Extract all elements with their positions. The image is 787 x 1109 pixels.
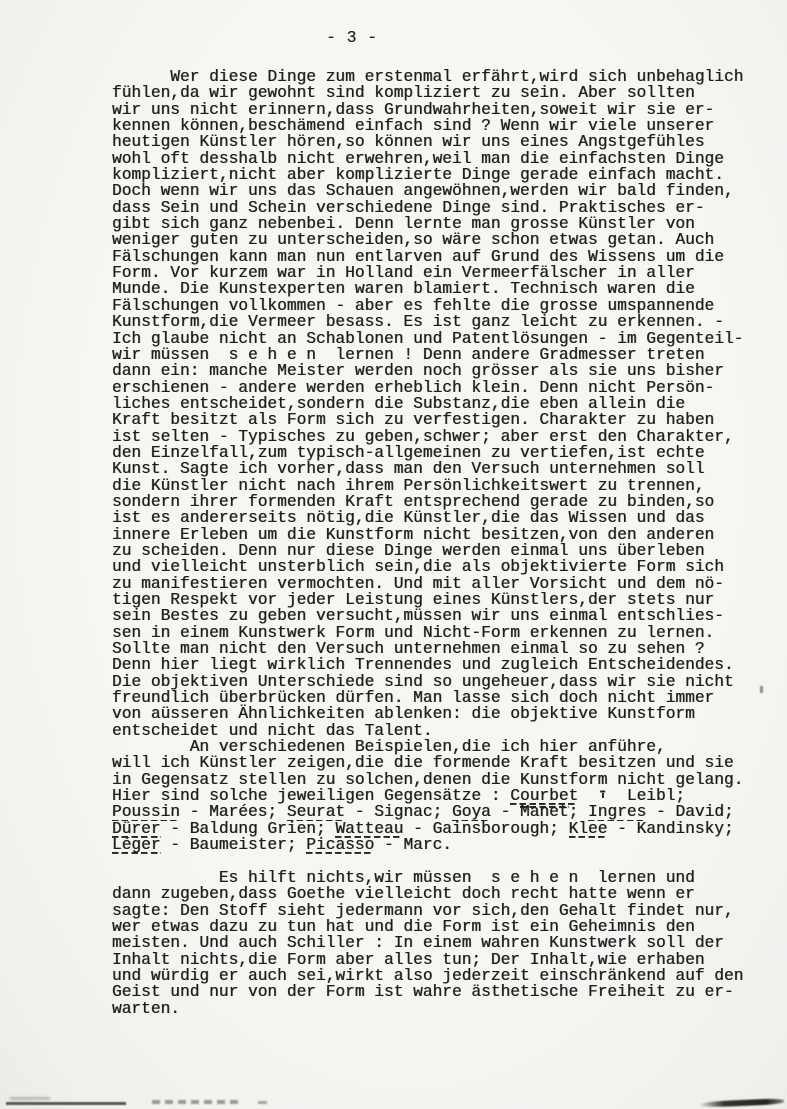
underlined-name: Ingres [588, 803, 646, 821]
paragraph: Es hilft nichts,wir müssen s e h e n ler… [112, 870, 780, 1017]
text-line: Poussin - Marées; Seurat - Signac; Goya … [112, 804, 780, 820]
text-line: Denn hier liegt wirklich Trennendes und … [112, 657, 780, 673]
text-line: Hier sind solche jeweiligen Gegensätze :… [112, 788, 780, 804]
text-line: erschienen - andere werden erheblich kle… [112, 380, 780, 396]
text-line: Doch wenn wir uns das Schauen angewöhnen… [112, 183, 780, 199]
overstruck-name: Manet [520, 803, 569, 821]
text-line: will ich Künstler zeigen,die die formend… [112, 755, 780, 771]
text-line: An verschiedenen Beispielen,die ich hier… [112, 739, 780, 755]
underlined-name: Watteau [335, 820, 403, 838]
underlined-name: Poussin [112, 803, 180, 821]
text-line: gibt sich ganz nebenbei. Denn lernte man… [112, 216, 780, 232]
text-line: liches entscheidet,sondern die Substanz,… [112, 396, 780, 412]
text-line: sen in einem Kunstwerk Form und Nicht-Fo… [112, 625, 780, 641]
text-line: Geist und nur von der Form ist wahre äst… [112, 984, 780, 1000]
text-line: Kraft besitzt als Form sich zu verfestig… [112, 412, 780, 428]
page-number: - 3 - [326, 30, 378, 46]
text-line: Form. Vor kurzem war in Holland ein Verm… [112, 265, 780, 281]
text-line: fühlen,da wir gewohnt sind kompliziert z… [112, 85, 780, 101]
text-line: kompliziert,nicht aber komplizierte Ding… [112, 167, 780, 183]
text-line: Wer diese Dinge zum erstenmal erfährt,wi… [112, 69, 780, 85]
underlined-name: Courbet [510, 787, 578, 805]
text-line: Es hilft nichts,wir müssen s e h e n ler… [112, 870, 780, 886]
text-line: Inhalt nichts,die Form aber alles tun; D… [112, 952, 780, 968]
underlined-name: Léger [112, 836, 161, 854]
text-line: ist selten - Typisches zu geben,schwer; … [112, 429, 780, 445]
text-line: Ich glaube nicht an Schablonen und Paten… [112, 331, 780, 347]
scan-artifact [10, 1097, 50, 1100]
text-line: sondern ihrer formenden Kraft entspreche… [112, 494, 780, 510]
text-line: zu manifestieren vermochten. Und mit all… [112, 576, 780, 592]
text-line: entscheidet und nicht das Talent. [112, 723, 780, 739]
text-line: Die objektiven Unterschiede sind so unge… [112, 674, 780, 690]
text-line: zu scheiden. Denn nur diese Dinge werden… [112, 543, 780, 559]
scan-artifact [760, 686, 763, 693]
text-line: Sollte man nicht den Versuch unternehmen… [112, 641, 780, 657]
raised-dash: - [598, 784, 608, 800]
text-line: in Gegensatz stellen zu solchen,denen di… [112, 772, 780, 788]
scan-artifact [258, 1101, 267, 1104]
text-line: weniger guten zu unterscheiden,so wäre s… [112, 232, 780, 248]
text-line: dann ein: manche Meister werden noch grö… [112, 363, 780, 379]
text-line: kennen können,beschämend einfach sind ? … [112, 118, 780, 134]
underlined-name: Picasso [306, 836, 374, 854]
text-line: Kunstform,die Vermeer besass. Es ist gan… [112, 314, 780, 330]
text-line: von aüsseren Ähnlichkeiten ablenken: die… [112, 706, 780, 722]
text-line: wir müssen s e h e n lernen ! Denn ander… [112, 347, 780, 363]
text-line: Léger - Baumeister; Picasso - Marc. [112, 837, 780, 853]
text-line: wir uns nicht erinnern,dass Grundwahrhei… [112, 102, 780, 118]
text-line: Fälschungen kann man nun entlarven auf G… [112, 249, 780, 265]
scan-artifact [6, 1102, 126, 1105]
underlined-name: Goya [452, 803, 491, 821]
text-line: Kunst. Sagte ich vorher,dass man den Ver… [112, 461, 780, 477]
text-line: sein Bestes zu geben versucht,müssen wir… [112, 608, 780, 624]
document-page: - 3 - Wer diese Dinge zum erstenmal erfä… [0, 0, 787, 1109]
text-line: dann zugeben,dass Goethe vielleicht doch… [112, 886, 780, 902]
scan-artifact [152, 1100, 238, 1104]
text-line: meisten. Und auch Schiller : In einem wa… [112, 935, 780, 951]
underlined-name: Klee [569, 820, 608, 838]
text-line: und vielleicht unsterblich sein,die als … [112, 559, 780, 575]
text-line: Fälschungen vollkommen - aber es fehlte … [112, 298, 780, 314]
underlined-name: Dürer [112, 820, 161, 838]
text-line: heutigen Künstler hören,so können wir un… [112, 134, 780, 150]
text-line: innere Erleben um die Kunstform nicht be… [112, 527, 780, 543]
text-line: tigen Respekt vor jeder Leistung eines K… [112, 592, 780, 608]
document-body: Wer diese Dinge zum erstenmal erfährt,wi… [112, 69, 780, 1017]
blank-line [112, 854, 780, 870]
text-line: wer etwas dazu zu tun hat und die Form i… [112, 919, 780, 935]
paragraph: An verschiedenen Beispielen,die ich hier… [112, 739, 780, 853]
text-line: Dürer - Baldung Grien; Watteau - Gainsbo… [112, 821, 780, 837]
text-line: dass Sein und Schein verschiedene Dinge … [112, 200, 780, 216]
text-line: warten. [112, 1001, 780, 1017]
text-line: die Künstler nicht nach ihrem Persönlich… [112, 478, 780, 494]
text-line: und würdig er auch sei,wirkt also jederz… [112, 968, 780, 984]
scan-artifact [698, 1098, 784, 1108]
underlined-name: Seurat [287, 803, 345, 821]
text-line: ist es andererseits nötig,die Künstler,d… [112, 510, 780, 526]
text-line: sagte: Den Stoff sieht jedermann vor sic… [112, 903, 780, 919]
text-line: den Einzelfall,zum typisch-allgemeinen z… [112, 445, 780, 461]
text-line: freundlich überbrücken dürfen. Man lasse… [112, 690, 780, 706]
paragraph: Wer diese Dinge zum erstenmal erfährt,wi… [112, 69, 780, 739]
text-line: wohl oft desshalb nicht erwehren,weil ma… [112, 151, 780, 167]
text-line: Munde. Die Kunstexperten waren blamiert.… [112, 281, 780, 297]
